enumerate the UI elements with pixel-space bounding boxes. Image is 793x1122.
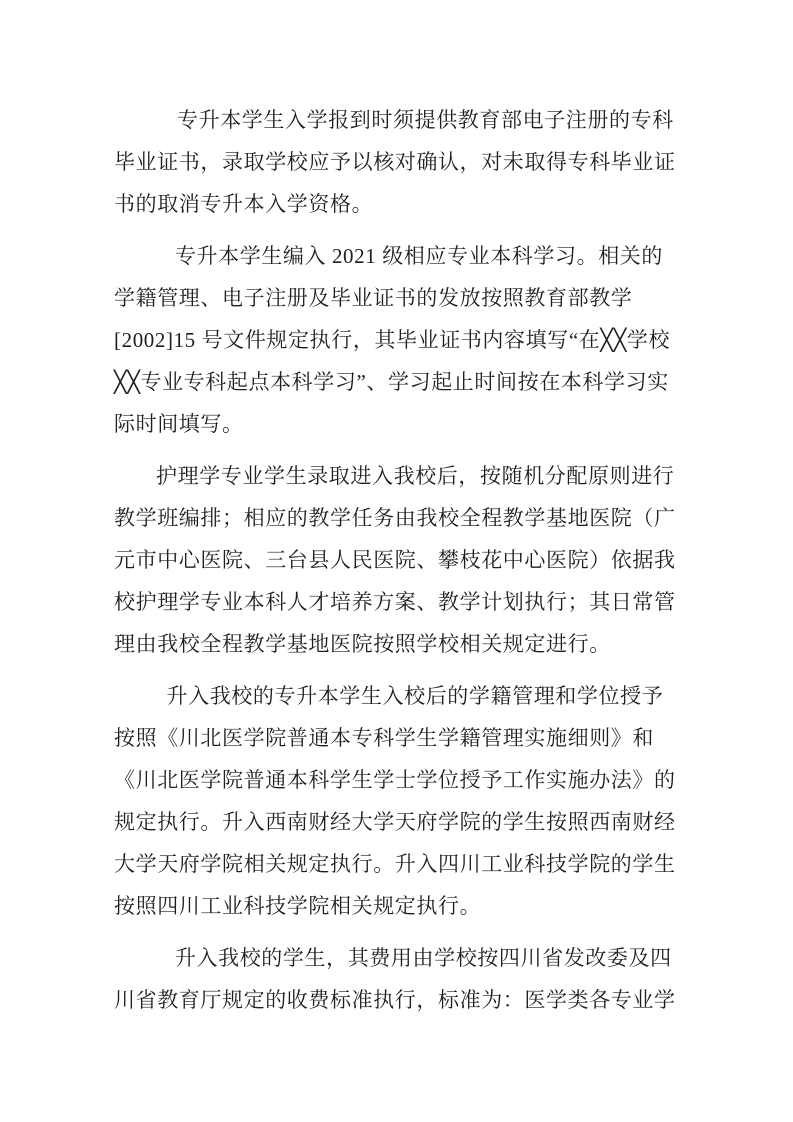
document-body: 专升本学生入学报到时须提供教育部电子注册的专科毕业证书，录取学校应予以核对确认，… <box>114 99 676 1031</box>
paragraph-fees: 升入我校的学生，其费用由学校按四川省发改委及四川省教育厅规定的收费标准执行，标准… <box>114 937 676 1021</box>
paragraph-admission-check: 专升本学生入学报到时须提供教育部电子注册的专科毕业证书，录取学校应予以核对确认，… <box>114 99 676 225</box>
paragraph-status-and-degree: 升入我校的专升本学生入校后的学籍管理和学位授予按照《川北医学院普通本专科学生学籍… <box>114 675 676 927</box>
paragraph-enrollment-2021: 专升本学生编入 2021 级相应专业本科学习。相关的学籍管理、电子注册及毕业证书… <box>114 235 676 445</box>
paragraph-nursing-major: 护理学专业学生录取进入我校后，按随机分配原则进行教学班编排；相应的教学任务由我校… <box>114 455 676 665</box>
document-page: 专升本学生入学报到时须提供教育部电子注册的专科毕业证书，录取学校应予以核对确认，… <box>0 0 793 1122</box>
